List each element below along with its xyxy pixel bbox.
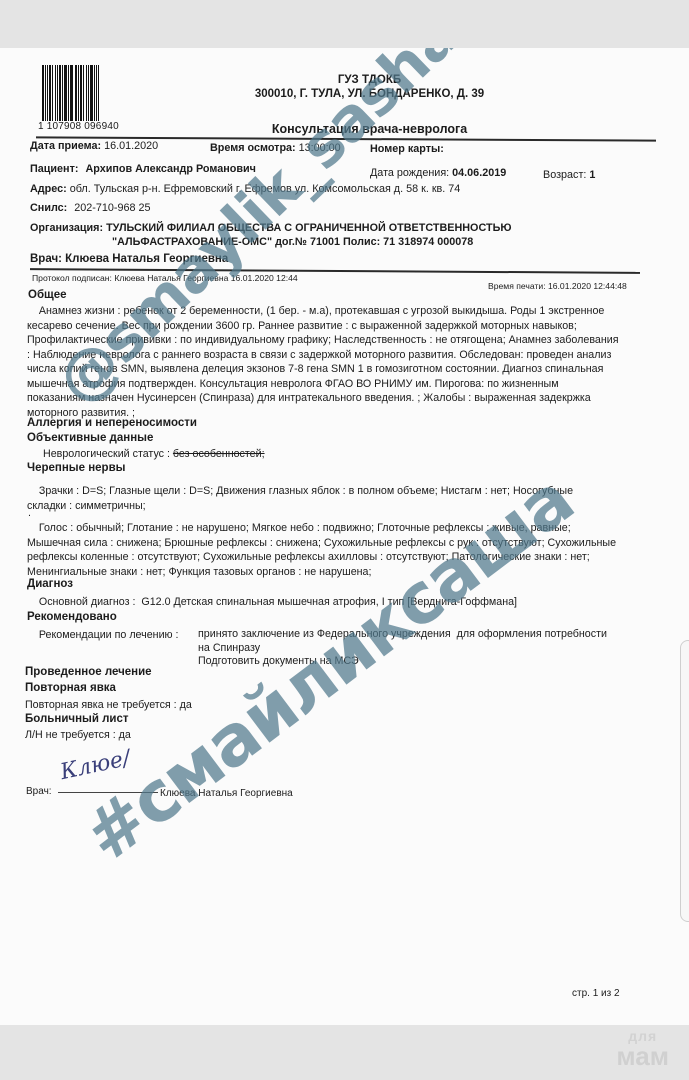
signature-scribble: Клюе/ (58, 746, 132, 785)
text-line: Голос : обычный; Глотание : не нарушено;… (27, 521, 616, 536)
page-edge-fold (680, 640, 689, 922)
neuro-status-value: без особенностей; (173, 448, 265, 460)
document-page: 1 107908 096940 ГУЗ ТДОКБ 300010, Г. ТУЛ… (0, 48, 689, 1025)
revisit-value: Повторная явка не требуется : да (25, 698, 192, 713)
section-treatment-title: Проведенное лечение (25, 666, 152, 678)
text-line: Подготовить документы на МСЭ (198, 655, 607, 669)
doctor-label: Врач: (30, 253, 62, 265)
signature-line (58, 792, 158, 793)
text-line: : Наблюдение невролога с раннего возраст… (27, 348, 618, 363)
neuro-status-label: Неврологический статус : (27, 448, 173, 460)
neuro-status: Неврологический статус : без особенносте… (27, 447, 265, 462)
general-text: Анамнез жизни : ребенок от 2 беременност… (27, 304, 618, 420)
site-logo: для мам (616, 1029, 669, 1069)
visit-date-value: 16.01.2020 (104, 140, 158, 152)
text-line: складки : симметричны; (27, 499, 573, 514)
section-diagnosis-title: Диагноз (27, 578, 73, 590)
text-line: рефлексы коленные : отсутствуют; Сухожил… (27, 550, 616, 565)
text-line: Зрачки : D=S; Глазные щели : D=S; Движен… (27, 484, 573, 499)
org-address: 300010, Г. ТУЛА, УЛ. БОНДАРЕНКО, Д. 39 (0, 88, 689, 100)
organization-line1: ТУЛЬСКИЙ ФИЛИАЛ ОБЩЕСТВА С ОГРАНИЧЕННОЙ … (106, 222, 511, 234)
text-line: Анамнез жизни : ребенок от 2 беременност… (27, 304, 618, 319)
recommendations-label: Рекомендации по лечению : (27, 628, 179, 643)
recommendations-text: принято заключение из Федерального учреж… (198, 628, 607, 669)
patient-row: Пациент: Архипов Александр Романович (30, 163, 256, 175)
age: Возраст: 1 (543, 169, 595, 181)
birth-date-value: 04.06.2019 (452, 167, 506, 179)
section-general-title: Общее (28, 289, 67, 301)
snils-value: 202-710-968 25 (74, 202, 150, 214)
section-recommended-title: Рекомендовано (27, 611, 117, 623)
text-line: кесарево сечение. Вес при рождении 3600 … (27, 319, 618, 334)
main-diagnosis: Основной диагноз : G12.0 Детская спиналь… (27, 595, 517, 610)
motor-text: Голос : обычный; Глотание : не нарушено;… (27, 521, 616, 579)
organization: Организация: ТУЛЬСКИЙ ФИЛИАЛ ОБЩЕСТВА С … (30, 222, 511, 234)
visit-date: Дата приема: 16.01.2020 (30, 140, 158, 152)
document-title: Консультация врача-невролога (0, 122, 689, 136)
text-line: на Спинразу (198, 642, 607, 656)
text-line: мышечная атрофия подтвержден. Консультац… (27, 377, 618, 392)
text-line: числа копий генов SMN, выявлена делеция … (27, 362, 618, 377)
card-number-label: Номер карты: (370, 143, 444, 155)
print-time: Время печати: 16.01.2020 12:44:48 (488, 281, 627, 291)
doctor-name: Клюева Наталья Георгиевна (65, 253, 228, 265)
visit-time-label: Время осмотра: (210, 142, 296, 154)
address-label: Адрес: (30, 183, 67, 195)
section-cranial-title: Черепные нервы (27, 462, 125, 474)
org-name: ГУЗ ТДОКБ (0, 74, 689, 86)
section-objective-title: Объективные данные (27, 432, 153, 444)
text-line: показаниям назначен Нусинерсен (Спинраза… (27, 391, 618, 406)
birth-date-label: Дата рождения: (370, 167, 449, 179)
text-line: Профилактические прививки : по индивидуа… (27, 333, 618, 348)
doctor: Врач: Клюева Наталья Георгиевна (30, 253, 228, 265)
signature-label: Врач: (26, 786, 52, 797)
organization-line2: "АЛЬФАСТРАХОВАНИЕ-ОМС" дог.№ 71001 Полис… (112, 236, 473, 248)
protocol-signed: Протокол подписан: Клюева Наталья Георги… (32, 273, 298, 283)
organization-label: Организация: (30, 222, 103, 234)
separator-dot: . (28, 506, 31, 521)
address-value: обл. Тульская р-н. Ефремовский г. Ефремо… (70, 183, 461, 195)
patient-name: Архипов Александр Романович (85, 163, 255, 175)
section-sick-leave-title: Больничный лист (25, 713, 129, 725)
text-line: принято заключение из Федерального учреж… (198, 628, 607, 642)
page-number: стр. 1 из 2 (572, 988, 620, 999)
age-value: 1 (589, 169, 595, 181)
cranial-text: Зрачки : D=S; Глазные щели : D=S; Движен… (27, 484, 573, 513)
text-line: Мышечная сила : снижена; Брюшные рефлекс… (27, 536, 616, 551)
snils: Снилс: 202-710-968 25 (30, 202, 151, 214)
snils-label: Снилс: (30, 202, 67, 214)
age-label: Возраст: (543, 169, 586, 181)
signature-name: Клюева Наталья Георгиевна (160, 788, 293, 799)
text-line: Менингиальные знаки : нет; Функция тазов… (27, 565, 616, 580)
site-logo-line2: мам (616, 1043, 669, 1069)
visit-date-label: Дата приема: (30, 140, 101, 152)
visit-time: Время осмотра: 13:00:00 (210, 142, 341, 154)
birth-date: Дата рождения: 04.06.2019 (370, 167, 506, 179)
section-allergy-title: Аллергия и непереносимости (27, 417, 197, 429)
section-revisit-title: Повторная явка (25, 682, 116, 694)
patient-label: Пациент: (30, 163, 78, 175)
visit-time-value: 13:00:00 (299, 142, 341, 154)
sick-leave-value: Л/Н не требуется : да (25, 728, 131, 743)
address: Адрес: обл. Тульская р-н. Ефремовский г.… (30, 183, 460, 195)
